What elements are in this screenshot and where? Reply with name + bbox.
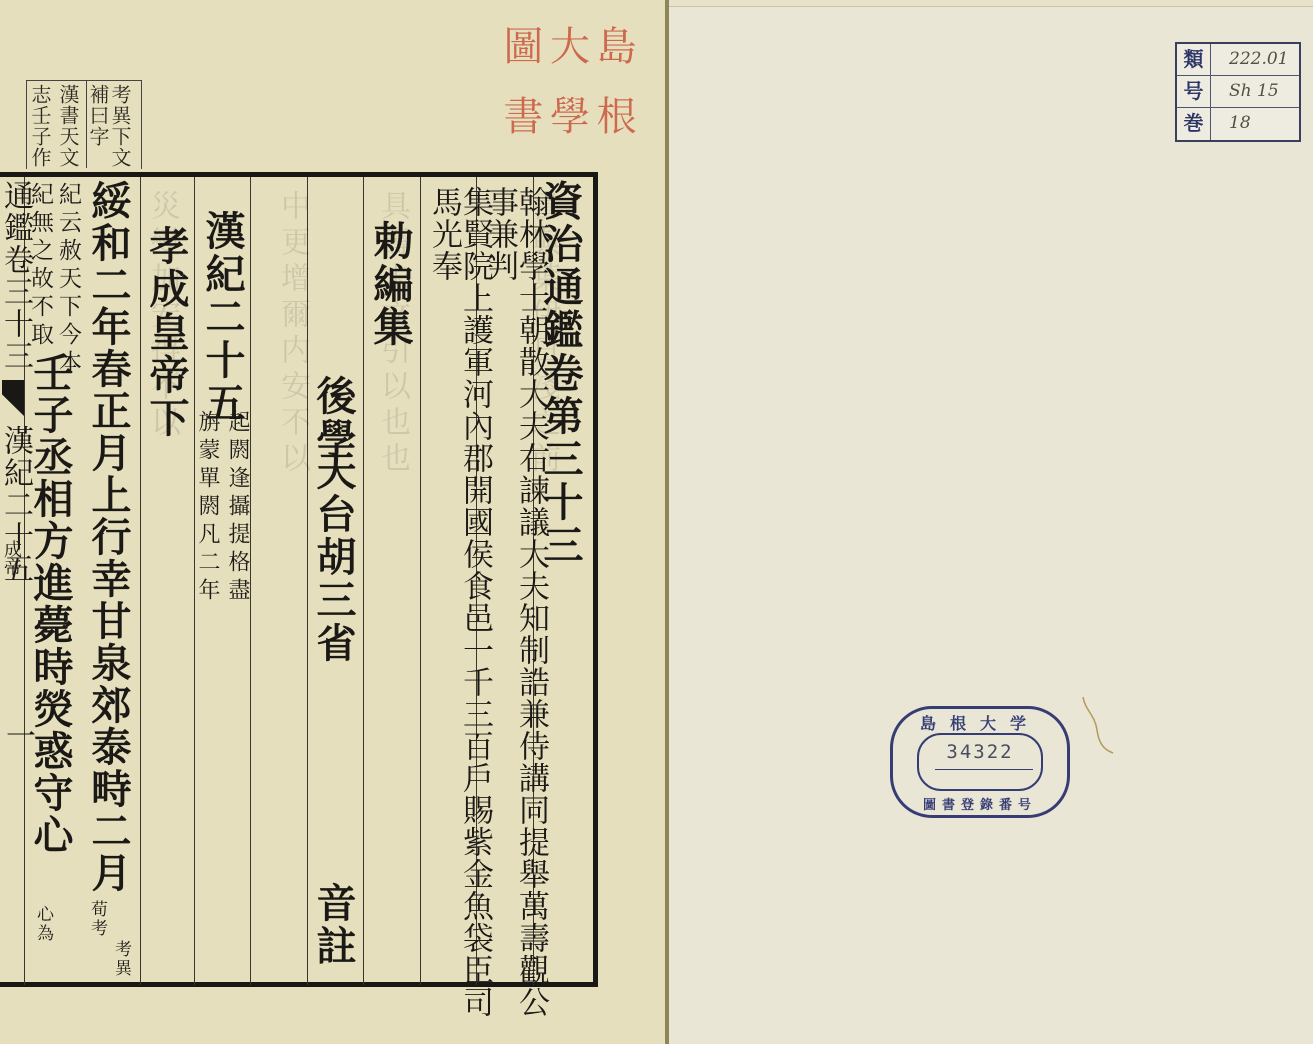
commentary-note: 心為 — [34, 905, 51, 943]
column-rule — [140, 177, 141, 985]
author-line: 翰林學士朝散大夫右諫議大夫知制誥兼侍講同提舉萬壽觀公事兼判 — [484, 186, 546, 1044]
margin-note-column: 考異下文 — [110, 84, 130, 168]
seal-glyph: 大 — [547, 15, 594, 72]
column-rule — [363, 177, 364, 985]
registration-stamp: 島根大学 34322 圖書登錄番号 — [890, 706, 1070, 818]
margin-note-column: 補曰字 — [88, 84, 108, 147]
stamp-number: 34322 — [919, 741, 1041, 763]
seal-glyph: 圖 — [500, 15, 547, 72]
kaoyi-note: 荀考 — [88, 900, 105, 938]
banxin-reign: 成帝 — [2, 540, 20, 576]
stamp-underline — [935, 769, 1033, 770]
seal-glyph: 學 — [547, 85, 594, 142]
catalog-key: 類 — [1177, 44, 1211, 75]
left-page: 書與葉伊日淺之前 具壽未文引以也也 中更增爾内安不以 災變加安得不以 考異下文 … — [0, 0, 668, 1044]
banxin-book-title: 通鑑卷三十三 — [0, 180, 30, 372]
seal-glyph: 島 — [593, 15, 640, 72]
catalog-row: 巻 18 — [1177, 108, 1299, 140]
column-rule — [420, 177, 421, 985]
chronicle-note: 起閼逢攝提格盡 — [226, 410, 248, 606]
commentator-name: 天台胡三省 — [313, 450, 353, 665]
column-rule — [307, 177, 308, 985]
main-text: 壬子丞相方進薨時熒惑守心 — [30, 352, 70, 856]
catalog-key: 号 — [1177, 76, 1211, 107]
stamp-caption: 圖書登錄番号 — [893, 794, 1067, 813]
emperor-heading: 孝成皇帝下 — [146, 225, 186, 440]
catalog-label: 類 222.01 号 Sh 15 巻 18 — [1175, 42, 1301, 142]
margin-note-column: 漢書天文 — [58, 84, 78, 168]
main-text: 綏和二年春正月上行幸甘泉郊泰畤二月 — [88, 180, 128, 894]
kaoyi-note: 考異 — [112, 940, 129, 978]
commentary: 紀云赦天下今本 — [56, 182, 79, 378]
library-seal: 圖 大 島 書 學 根 — [500, 8, 640, 148]
seal-glyph: 根 — [593, 85, 640, 142]
catalog-row: 類 222.01 — [1177, 44, 1299, 76]
catalog-value: Sh 15 — [1211, 76, 1299, 107]
author-line: 集賢院上護軍河內郡開國侯食邑一千三百戶賜紫金魚袋臣司馬光奉 — [428, 186, 490, 1044]
chronicle-note: 旃蒙單閼凡二年 — [196, 410, 218, 606]
stamp-number-box: 34322 — [917, 733, 1043, 791]
chronicle-heading: 漢紀二十五 — [202, 210, 242, 425]
margin-note-column: 志壬子作 — [30, 84, 50, 168]
column-rule — [250, 177, 251, 985]
commentator-role: 音註 — [313, 882, 353, 968]
stamp-university: 島根大学 — [893, 711, 1067, 734]
seal-glyph: 書 — [500, 85, 547, 142]
paper-fiber — [1065, 695, 1115, 755]
catalog-row: 号 Sh 15 — [1177, 76, 1299, 108]
right-page — [669, 6, 1313, 1044]
catalog-value: 18 — [1211, 108, 1299, 140]
imperial-compile-label: 勅編集 — [370, 220, 410, 349]
catalog-key: 巻 — [1177, 108, 1211, 140]
commentary: 紀無之故不取 — [28, 182, 51, 350]
commentator-prefix: 後學 — [313, 375, 353, 461]
catalog-value: 222.01 — [1211, 44, 1299, 75]
